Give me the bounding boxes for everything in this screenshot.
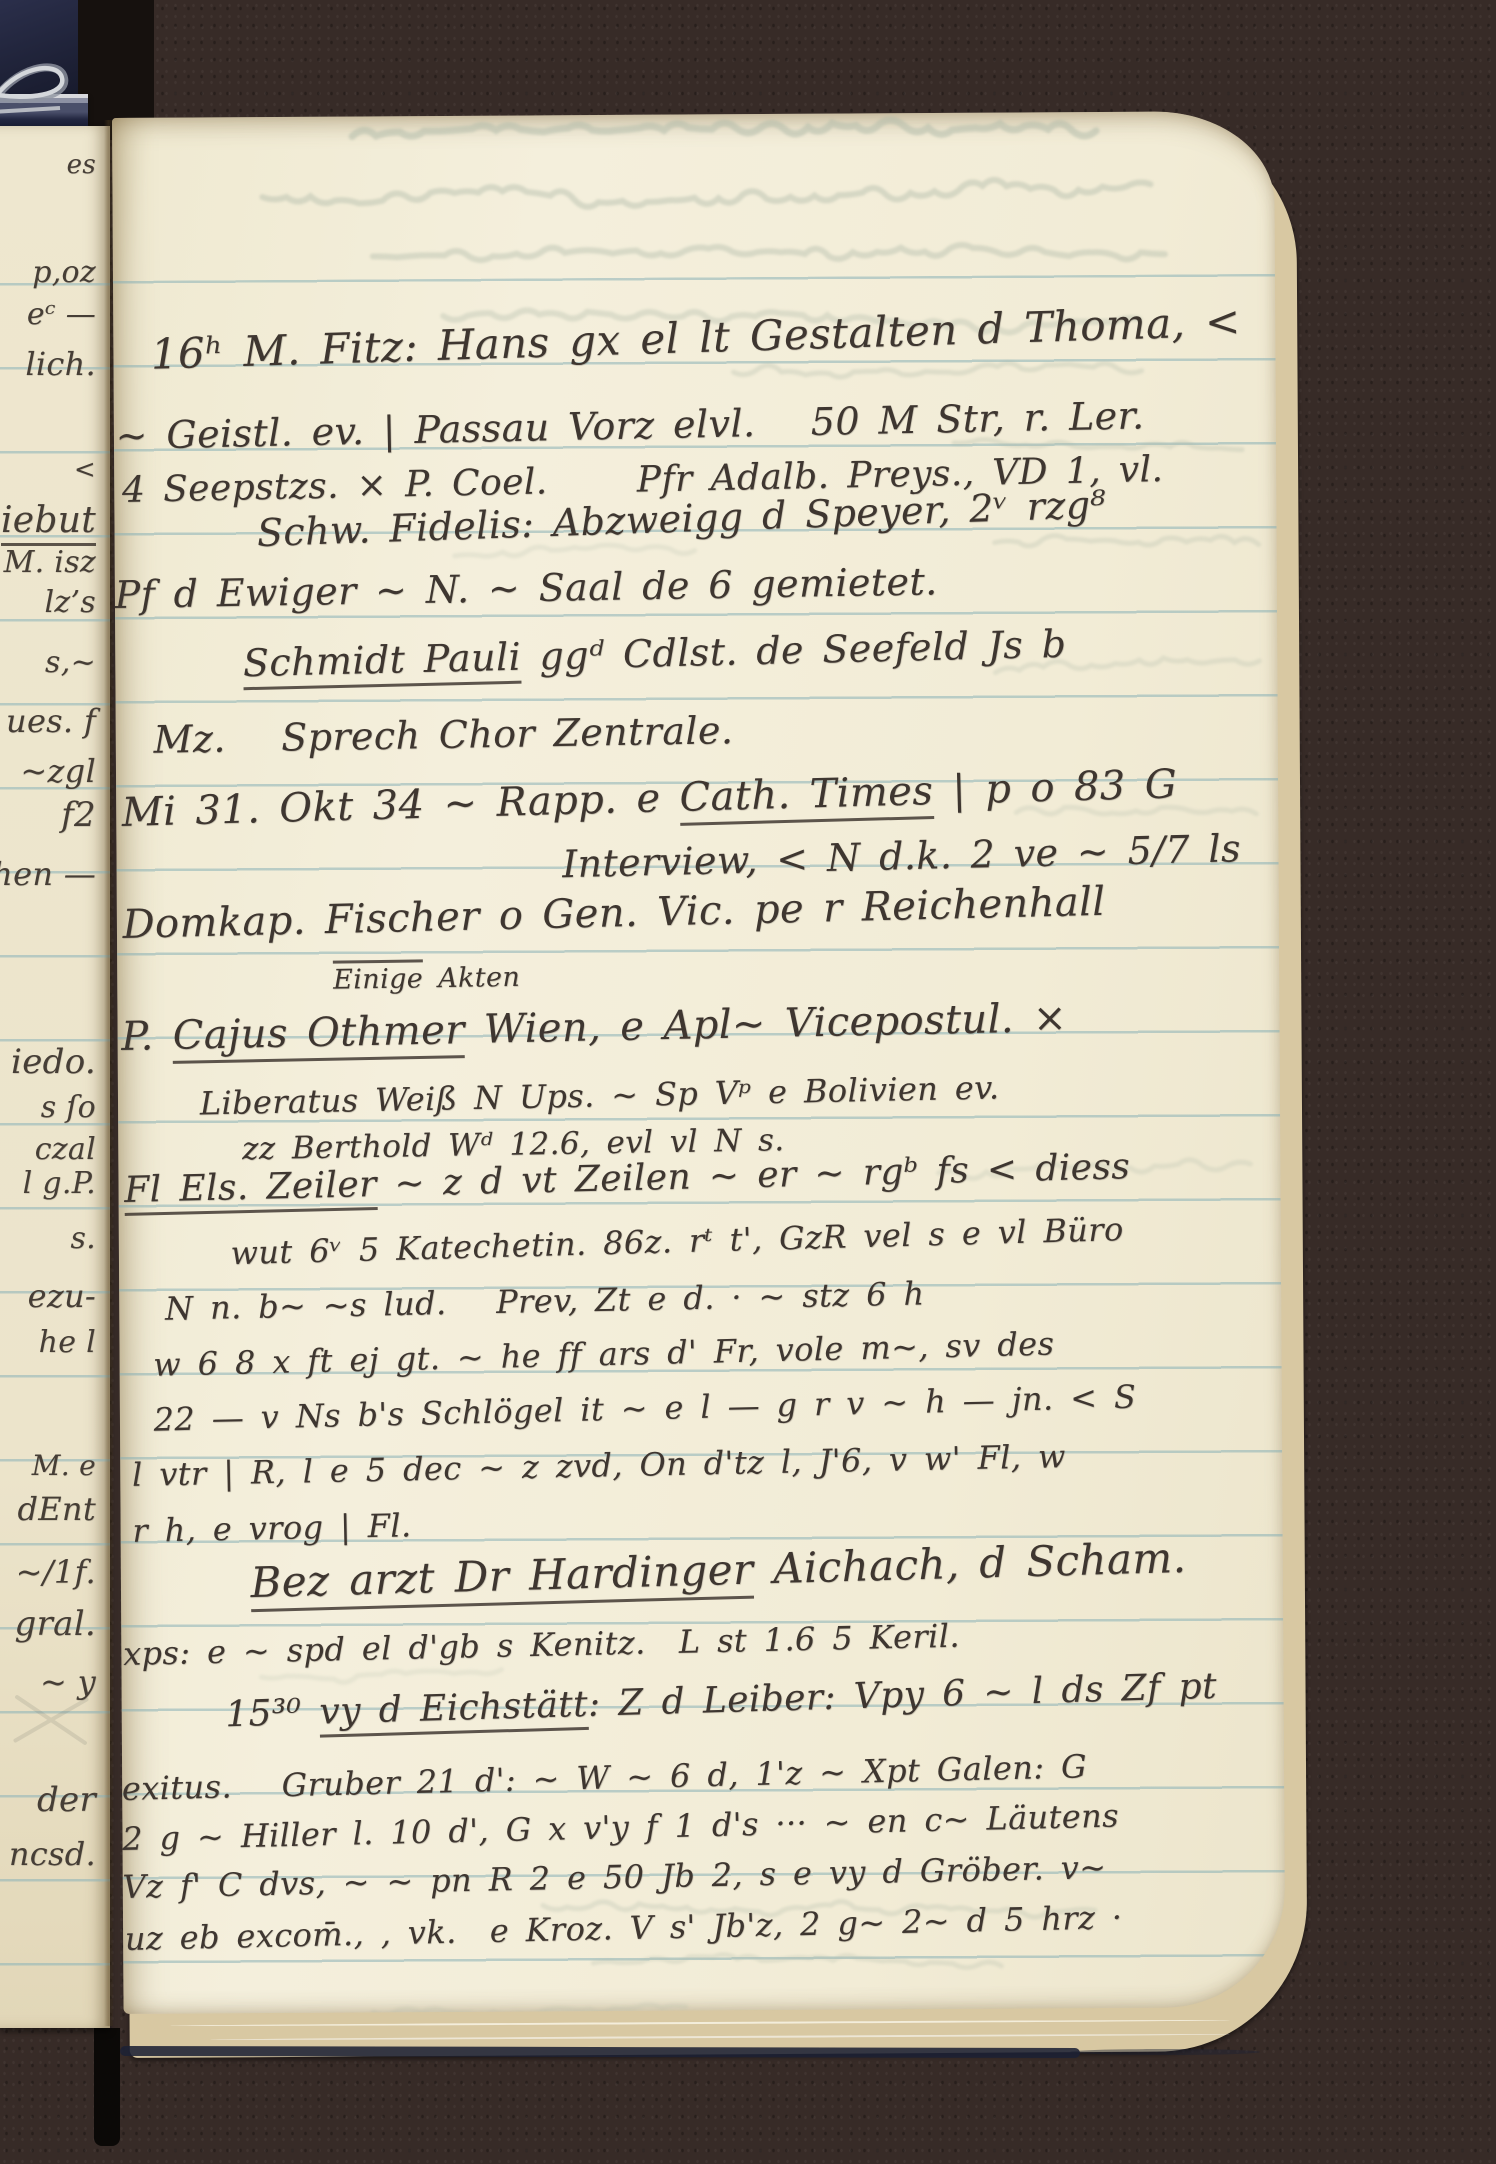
left-page-fragment: s,~ [45,645,96,680]
left-page-fragment: iebut [1,500,96,541]
left-page-fragment: lich. [25,345,96,383]
left-page-fragment: ~/1f. [16,1553,96,1591]
underlined-word: Einige [333,959,424,995]
left-page-fragment: czal [35,1132,96,1167]
handwriting-line: Pf d Ewiger ~ N. ~ Saal de 6 gemietet. [114,559,938,617]
handwriting-line: Mi 31. Okt 34 ~ Rapp. e Cath. Times | p … [121,761,1178,836]
left-page-fragment: < [74,455,96,485]
left-page-fragment: p,oz [32,255,96,290]
handwriting-line: Domkap. Fischer o Gen. Vic. pe r Reichen… [122,879,1106,948]
left-page-fragment: iedo. [11,1042,96,1082]
handwriting-line: Mz. Sprech Chor Zentrale. [153,708,733,762]
left-page-fragment: hen — [0,855,96,893]
handwriting-line: Vz f' C dvs, ~ ~ pn R 2 e 50 Jb 2, s e v… [122,1848,1107,1906]
underlined-word: vy d Eichstätt [319,1684,589,1738]
left-page-fragment: ues. f [6,702,96,740]
handwriting-line: w 6 8 x ft ej gt. ~ he ff ars d' Fr, vol… [153,1325,1055,1384]
handwriting-line: 15³⁰ vy d Eichstätt: Z d Leiber: Vpy 6 ~… [225,1666,1218,1736]
handwriting-line: exitus. Gruber 21 d': ~ W ~ 6 d, 1'z ~ X… [121,1747,1087,1808]
left-page-fragment: ezu- [28,1277,96,1315]
handwriting-line: wut 6ᵛ 5 Katechetin. 86z. rᵗ t', GzR vel… [230,1210,1124,1272]
cover-edge-bottom-line-faint [1070,2049,1260,2055]
left-page-fragment: ~zgl [20,752,96,790]
handwriting-line: N n. b~ ~s lud. Prev, Zt e d. · ~ stz 6 … [165,1274,925,1327]
left-page-fragment: der [37,1780,96,1820]
underlined-word: Cajus Othmer [172,1007,465,1064]
cover-edge-bottom-line [120,2046,1080,2058]
handwriting-line: ~ Geistl. ev. | Passau Vorz elvl. 50 M S… [115,393,1145,458]
handwriting-line: Interview, < N d.k. 2 ve ~ 5/7 ls [562,826,1242,886]
handwriting-line: Liberatus Weiß N Ups. ~ Sp Vᵖ e Bolivien… [199,1068,999,1122]
underlined-word: iebut [1,500,96,546]
left-page-fragment: M. e [32,1449,96,1482]
left-page-fragment: s ſo [41,1090,96,1125]
left-page-fragment: l g.P. [23,1166,96,1201]
binding-gap-shadow [94,2028,120,2146]
main-page: 16ʰ M. Fitz: Hans gx el lt Gestalten d T… [112,111,1286,2014]
handwriting-line: 16ʰ M. Fitz: Hans gx el lt Gestalten d T… [150,296,1241,378]
left-page-fragment: ~ y [40,1663,96,1701]
binder-clip-icon [0,38,96,124]
left-page-fragment: es [67,150,96,180]
handwriting-line: Einige Akten [333,962,521,996]
handwriting-line: Schmidt Pauli ggᵈ Cdlst. de Seefeld Js b [242,622,1066,685]
left-page-fragment: he l [39,1325,96,1360]
handwriting-line: uz eb excom̄., , vk. e Kroz. V s' Jb'z, … [124,1898,1122,1958]
underlined-word: Fl Els. Zeiler [124,1164,378,1216]
handwriting-line: 2 g ~ Hiller l. 10 d', G x v'y f 1 d's ·… [122,1796,1120,1857]
left-page-fragment: lz’s [44,585,96,620]
underlined-word: Schmidt Pauli [242,635,521,691]
left-page-fragment: dEnt [17,1490,96,1528]
left-page-fragment: s. [70,1221,96,1256]
underlined-word: Bez arzt Dr Hardinger [250,1545,754,1613]
left-page-fragment: eᶜ — [27,297,96,332]
handwriting-layer: 16ʰ M. Fitz: Hans gx el lt Gestalten d T… [112,111,1286,2014]
left-page-edge: esp,ozeᶜ —lich.<iebutM. iszlz’ss,~ues. f… [0,126,110,2028]
left-page-fragment: ncsd. [9,1835,96,1873]
handwriting-line: l vtr | R, l e 5 dec ~ z zvd, On d'tz l,… [132,1437,1066,1494]
handwriting-line: 22 — v Ns b's Schlögel it ~ e l — g r v … [153,1378,1136,1439]
left-page-fragment: f2 [61,795,96,835]
handwriting-line: xps: e ~ spd el d'gb s Kenitz. L st 1.6 … [123,1617,961,1673]
handwriting-line: P. Cajus Othmer Wien, e Apl~ Vicepostul.… [121,995,1068,1060]
handwriting-line: r h, e vrog | Fl. [132,1506,412,1550]
page-gutter-crease [104,120,113,2026]
left-page-fragment: gral. [15,1604,96,1644]
left-fragments-layer: esp,ozeᶜ —lich.<iebutM. iszlz’ss,~ues. f… [0,126,110,2028]
scanned-notebook-photo: { "palette": { "cover": "#372b27", "pape… [0,0,1496,2164]
left-page-fragment: M. isz [4,545,96,580]
underlined-word: Cath. Times [679,768,934,826]
